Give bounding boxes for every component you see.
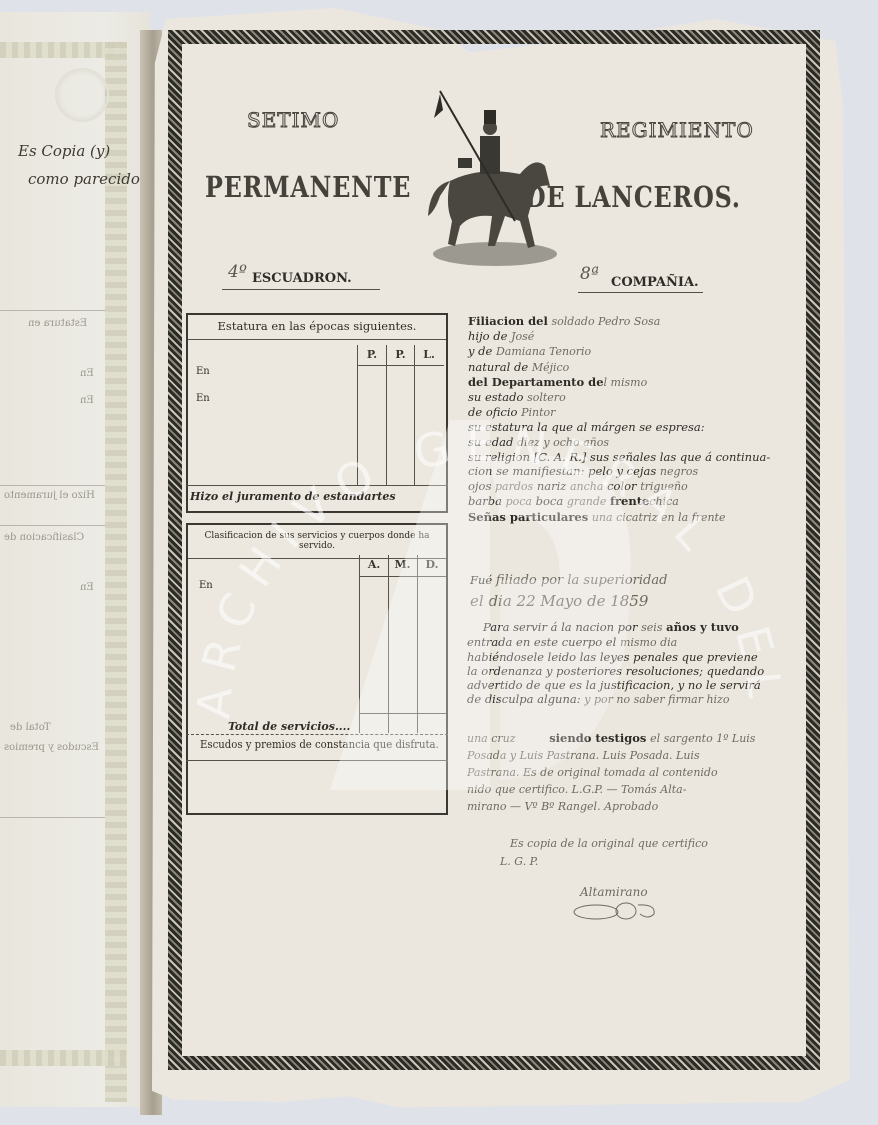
table-divider — [186, 760, 448, 761]
left-page-note-line2: como parecido — [28, 170, 140, 188]
ojos-value: pardos — [495, 480, 533, 493]
service-col-head: A. — [360, 558, 388, 571]
service-terms-block: Para servir á la nacion por seis años y … — [467, 620, 812, 707]
table-divider — [417, 555, 418, 733]
boca-label: boca — [536, 494, 564, 508]
filiado-block: Fué filiado por la superioridad el dia 2… — [470, 570, 810, 611]
escuadron-label: ESCUADRON. — [252, 271, 352, 286]
departamento-value: l mismo — [604, 376, 648, 389]
compania-value: 8ª — [580, 264, 599, 284]
left-page-rule — [0, 525, 105, 526]
filiado-value: filiado por la superioridad — [496, 573, 668, 588]
stature-col-head: P. — [358, 348, 386, 361]
table-divider — [357, 345, 358, 485]
stature-table: Estatura en las épocas siguientes. — [186, 313, 448, 513]
table-divider — [388, 555, 389, 733]
left-page-rule — [0, 310, 105, 311]
hijo-value: José — [511, 330, 534, 343]
escuadron-value: 4º — [228, 262, 247, 282]
estado-value: soltero — [527, 391, 566, 404]
years-value: seis — [641, 621, 662, 634]
color-label: color — [607, 479, 636, 493]
oficio-label: de oficio — [468, 405, 517, 419]
table-divider — [360, 576, 446, 577]
left-page-border-side — [105, 42, 127, 1102]
left-faint-label: Estatura en — [28, 318, 87, 329]
ojos-label: ojos — [468, 479, 491, 493]
estatura-line: su estatura la que al márgen se espresa: — [468, 420, 808, 434]
filiacion-label: Filiacion del — [468, 314, 548, 328]
certification-initials: L. G. P. — [500, 853, 810, 871]
edad-label: su edad — [468, 435, 513, 449]
escuadron-underline — [222, 289, 380, 290]
filiado-label: Fué — [470, 573, 492, 587]
terms-text: habiéndosele leido las leyes penales que… — [467, 650, 812, 664]
witness-line: nido que certifico. L.G.P. — Tomás Alta- — [467, 781, 812, 798]
rubric-flourish-icon — [568, 900, 668, 924]
terms-text: Para servir á la nacion por — [483, 620, 637, 634]
terms-text: de disculpa alguna: — [467, 692, 581, 706]
left-faint-label: En — [80, 395, 94, 406]
certification-text: Es copia de la original que certifico — [510, 835, 810, 853]
frente-label: frente — [610, 494, 649, 508]
terms-text: entrada en este cuerpo el — [467, 635, 616, 649]
natural-value: Méjico — [532, 361, 570, 374]
barba-label: barba — [468, 494, 502, 508]
witnesses-block: una cruz siendo testigos el sargento 1º … — [467, 730, 812, 815]
nariz-label: nariz — [537, 479, 567, 493]
left-faint-label: Clasificacion de — [4, 532, 84, 543]
witness-line: Pastrana. Es de original tomada al conte… — [467, 764, 812, 781]
stature-row-label: En — [196, 366, 210, 377]
natural-label: natural de — [468, 360, 528, 374]
departamento-label: del Departamento de — [468, 375, 604, 389]
shields-awards-label: Escudos y premios de constancia que disf… — [200, 738, 439, 751]
header-permanente: PERMANENTE — [205, 170, 411, 204]
y-de-value: Damiana Tenorio — [496, 345, 591, 358]
filiado-date: el dia 22 Mayo de 1859 — [470, 591, 810, 611]
frente-value: chica — [649, 495, 678, 508]
left-page-border-bottom — [0, 1050, 127, 1066]
service-col-head: D. — [418, 558, 446, 571]
terms-text: la ordenanza y posteriores resoluciones;… — [467, 664, 812, 678]
stature-col-head: L. — [415, 348, 443, 361]
cross-mark-text: una cruz — [467, 732, 516, 745]
terms-text: advertido de que es la justificacion, y … — [467, 678, 812, 692]
table-divider — [359, 555, 360, 733]
pelo-label: cion se manifiestan: pelo y cejas — [468, 464, 656, 478]
table-divider — [186, 734, 448, 736]
left-faint-label: En — [80, 582, 94, 593]
estado-label: su estado — [468, 390, 523, 404]
color-value: trigueño — [640, 480, 688, 493]
mounted-lancer-icon — [410, 86, 570, 271]
service-col-head: M. — [389, 558, 416, 571]
table-divider — [186, 485, 448, 486]
religion-line: su religion [C. A. R.] sus señales las q… — [468, 450, 808, 464]
table-divider — [414, 345, 415, 485]
total-services-label: Total de servicios.... — [228, 720, 350, 733]
certification-block: Es copia de la original que certifico L.… — [510, 835, 810, 901]
edad-value: diez y ocho años — [517, 436, 609, 449]
left-faint-label: Total de — [10, 722, 51, 733]
senas-value: una cicatriz en la frente — [592, 511, 726, 524]
service-row-label: En — [199, 580, 213, 591]
embossed-seal-icon — [55, 68, 109, 122]
y-de-label: y de — [468, 344, 492, 358]
left-faint-label: Hizo el juramento — [4, 490, 95, 501]
left-faint-label: En — [80, 368, 94, 379]
table-divider — [360, 713, 446, 714]
witness-line: Posada y Luis Pastrana. Luis Posada. Lui… — [467, 747, 812, 764]
oficio-value: Pintor — [521, 406, 555, 419]
stature-table-title: Estatura en las épocas siguientes. — [188, 315, 446, 340]
filiacion-block: Filiacion del soldado Pedro Sosa hijo de… — [468, 314, 808, 525]
entry-value: mismo dia — [620, 636, 677, 649]
witness-line: mirano — Vº Bº Rangel. Aprobado — [467, 798, 812, 815]
compania-label: COMPAÑIA. — [611, 275, 699, 290]
compania-underline — [578, 292, 703, 293]
left-faint-label: Escudos y premios — [4, 742, 99, 753]
left-page-note-line1: Es Copia (y) — [18, 142, 110, 160]
filiacion-value: soldado Pedro Sosa — [552, 315, 661, 328]
table-divider — [386, 345, 387, 485]
witnesses-label: siendo testigos — [549, 731, 646, 745]
header-regimiento: REGIMIENTO — [600, 118, 754, 142]
boca-value: grande — [567, 495, 607, 508]
terms-handwriting: y por no saber firmar hizo — [584, 693, 729, 706]
hijo-label: hijo de — [468, 329, 507, 343]
barba-value: poca — [506, 495, 532, 508]
witness-value: el sargento 1º Luis — [650, 732, 755, 745]
left-page-rule — [0, 817, 105, 818]
oath-label: Hizo el juramento de estandartes — [190, 490, 396, 503]
stature-row-label: En — [196, 393, 210, 404]
header-setimo: SETIMO — [247, 108, 339, 132]
table-divider — [358, 365, 444, 366]
pelo-value: negros — [660, 465, 698, 478]
nariz-value: ancha — [570, 480, 603, 493]
signature: Altamirano — [580, 883, 810, 901]
senas-label: Señas particulares — [468, 510, 588, 524]
terms-text: años y tuvo — [666, 620, 739, 634]
stature-col-head: P. — [387, 348, 414, 361]
service-table-title: Clasificacion de sus servicios y cuerpos… — [188, 525, 446, 559]
left-page-rule — [0, 485, 105, 486]
